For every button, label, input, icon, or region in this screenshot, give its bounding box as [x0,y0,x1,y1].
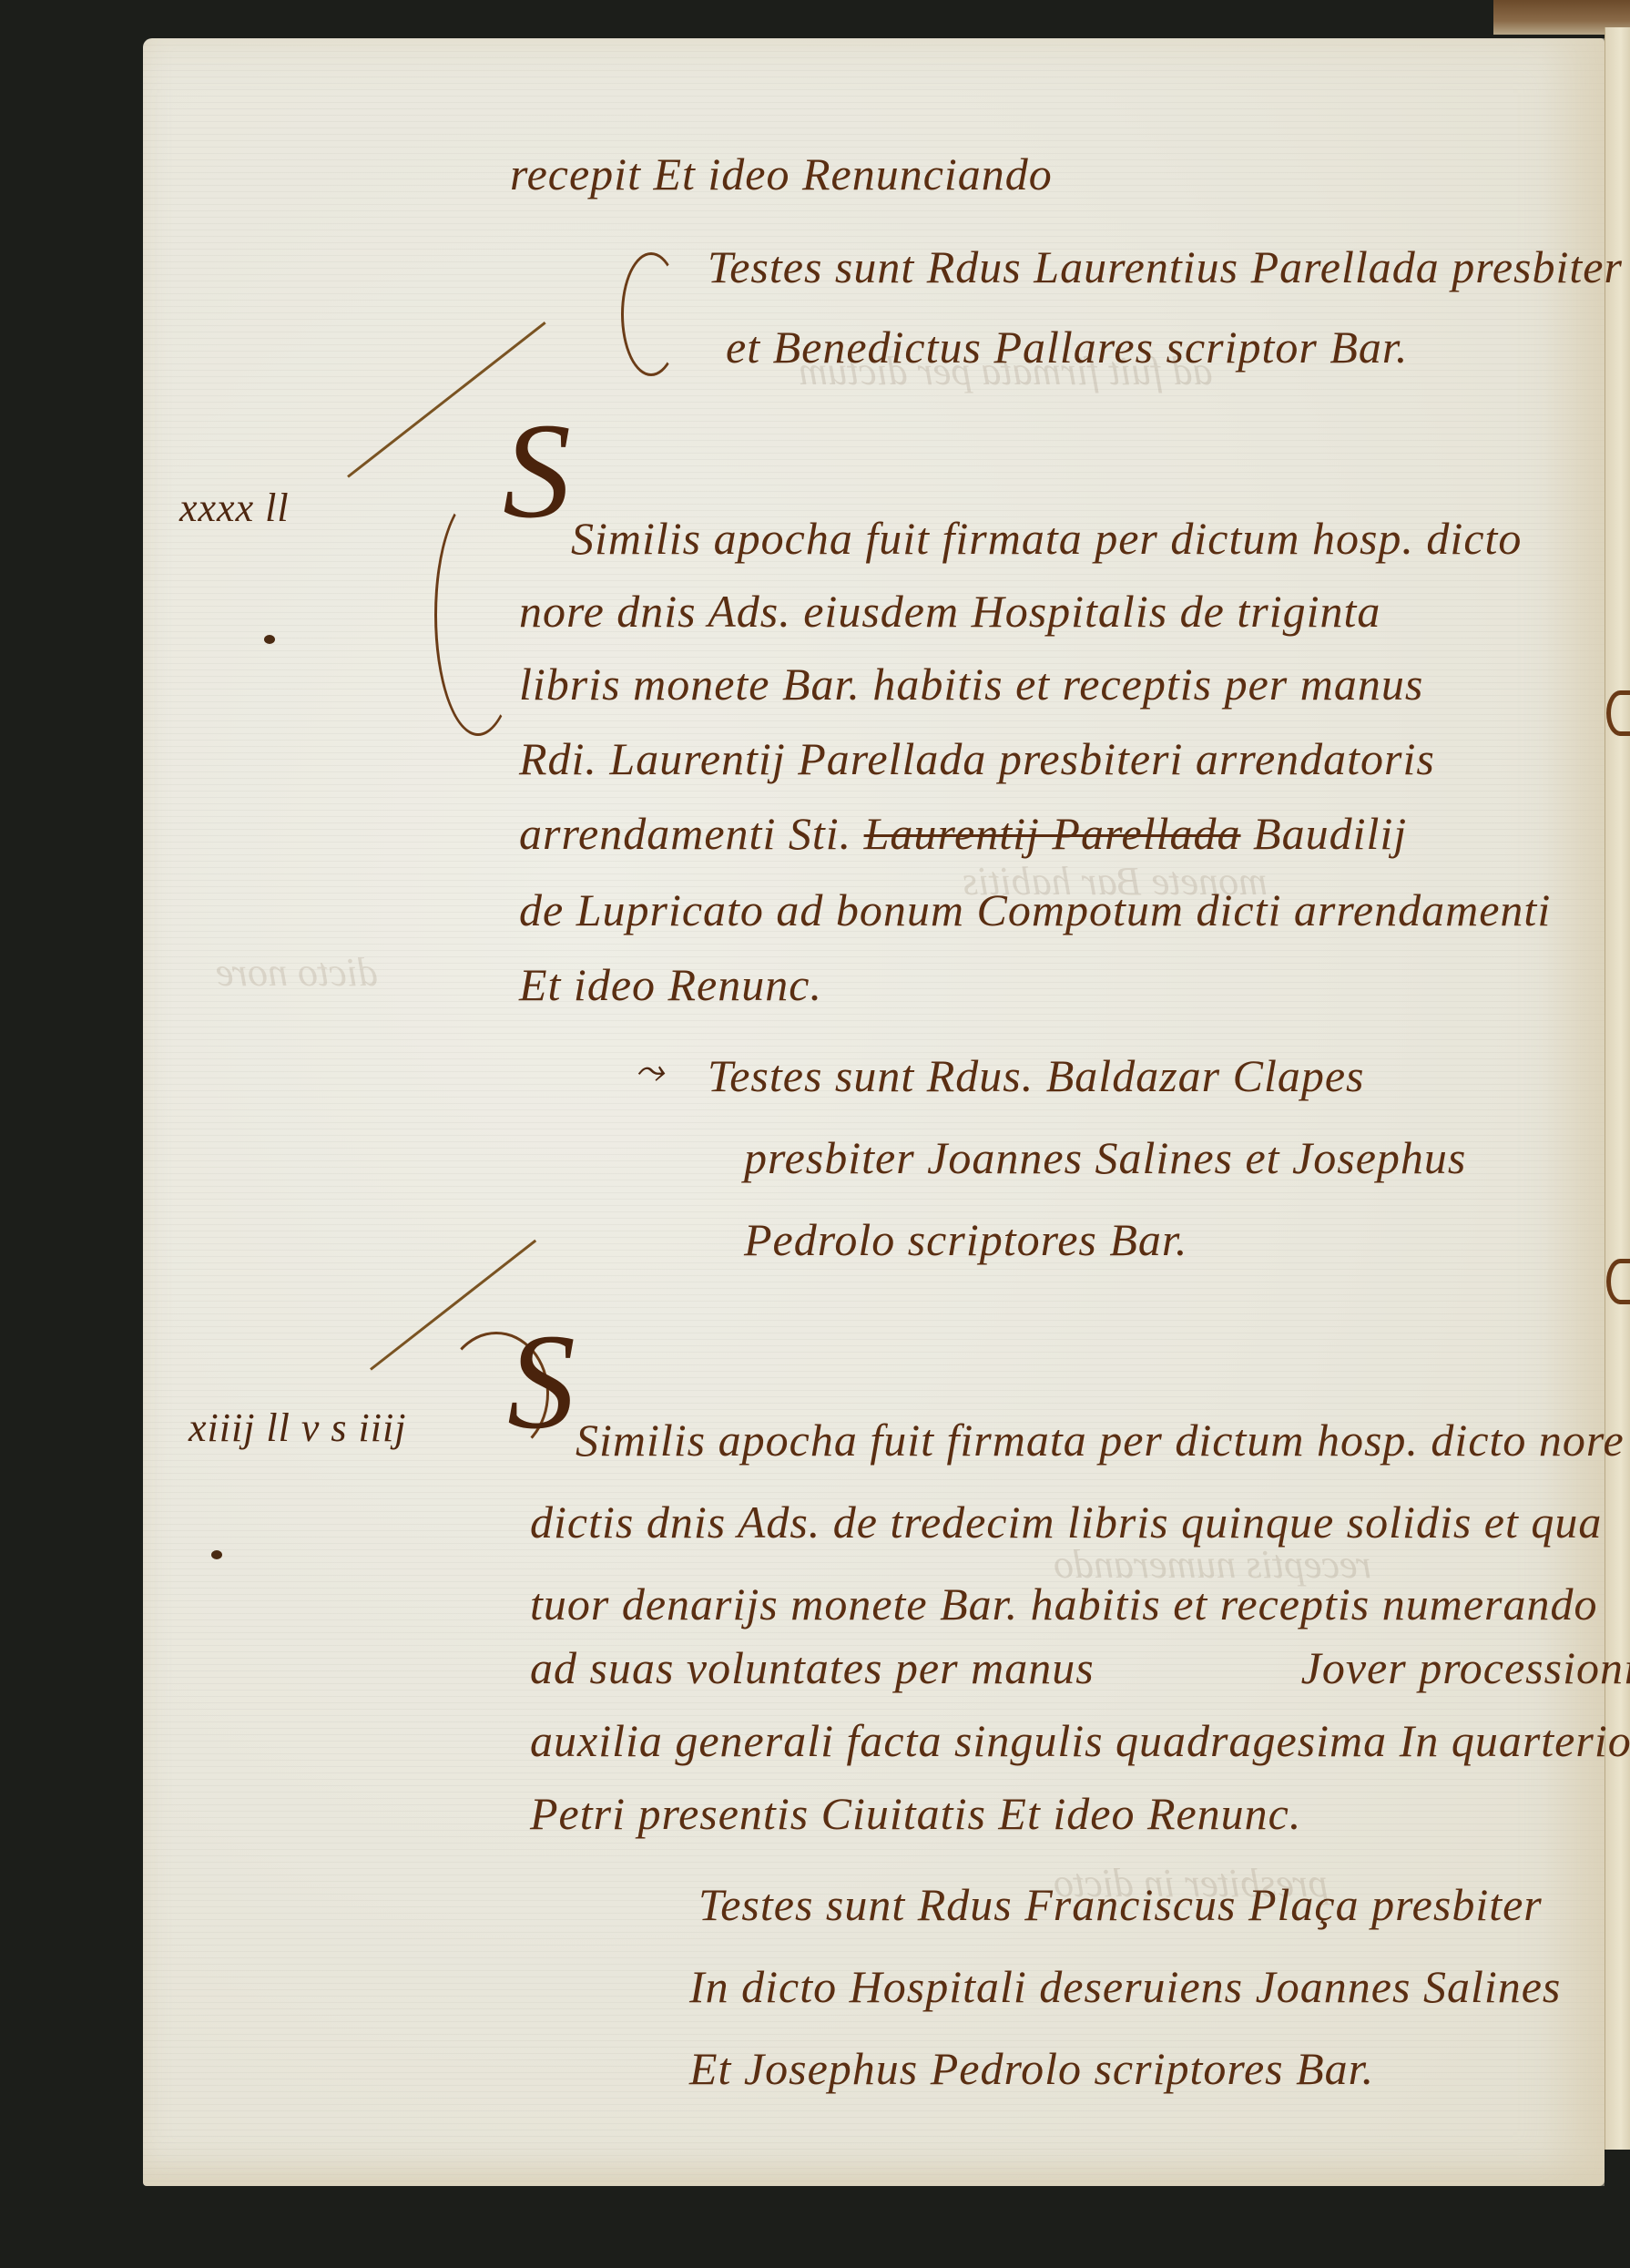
text-segment: ad suas voluntates per manus [530,1642,1095,1693]
struck-text: Laurentij Parellada [864,808,1241,859]
manuscript-page: ad fuit firmata per dictum monete Bar ha… [143,38,1605,2186]
page-gutter-shade [1541,38,1605,2186]
witness-line: Testes sunt Rdus Laurentius Parellada pr… [708,240,1623,293]
text-line: libris monete Bar. habitis et receptis p… [519,658,1423,710]
witness-line: presbiter Joannes Salines et Josephus [744,1131,1466,1184]
text-line: Et ideo Renunc. [519,958,822,1011]
text-line: nore dnis Ads. eiusdem Hospitalis de tri… [519,585,1380,638]
margin-sum: xiiij ll v s iiij [188,1405,406,1451]
text-line: de Lupricato ad bonum Compotum dicti arr… [519,884,1551,936]
margin-sum: xxxx ll [179,485,290,531]
text-line: Similis apocha fuit firmata per dictum h… [571,512,1522,565]
text-line: dictis dnis Ads. de tredecim libris quin… [530,1496,1602,1548]
witness-bracket-flourish [621,252,681,376]
text-segment: Jover processionis ac [1301,1642,1630,1693]
text-line: Rdi. Laurentij Parellada presbiteri arre… [519,732,1435,785]
witness-line: et Benedictus Pallares scriptor Bar. [726,321,1408,373]
witness-line: Testes sunt Rdus. Baldazar Clapes [708,1049,1365,1102]
text-line-with-gap: ad suas voluntates per manus Jover proce… [530,1641,1630,1694]
witness-line: Et Josephus Pedrolo scriptores Bar. [689,2042,1374,2095]
adjacent-page-ink-mark [1606,1259,1630,1304]
bleed-through: dicto nore [216,949,378,996]
text-line: tuor denarijs monete Bar. habitis et rec… [530,1578,1597,1630]
text-line: auxilia generali facta singulis quadrage… [530,1714,1630,1767]
witness-line: Pedrolo scriptores Bar. [744,1213,1187,1266]
text-line-with-deletion: arrendamenti Sti. Laurentij Parellada Ba… [519,807,1407,860]
text-line: Petri presentis Ciuitatis Et ideo Renunc… [530,1787,1301,1840]
text-line: Similis apocha fuit firmata per dictum h… [576,1414,1625,1466]
witness-line: In dicto Hospitali deseruiens Joannes Sa… [689,1960,1561,2013]
ink-blot [211,1550,222,1559]
adjacent-page-ink-mark [1606,690,1630,736]
text-segment: Baudilij [1253,808,1407,859]
adjacent-page-edge [1605,27,1630,2150]
text-line: recepit Et ideo Renunciando [510,148,1053,200]
witness-marker: ⤳ [635,1049,665,1092]
text-segment: arrendamenti Sti. [519,808,851,859]
initial-letter-S: S [507,1313,576,1450]
witness-line: Testes sunt Rdus Franciscus Plaça presbi… [698,1878,1543,1931]
initial-letter-S: S [503,403,571,539]
ink-blot [264,635,275,644]
